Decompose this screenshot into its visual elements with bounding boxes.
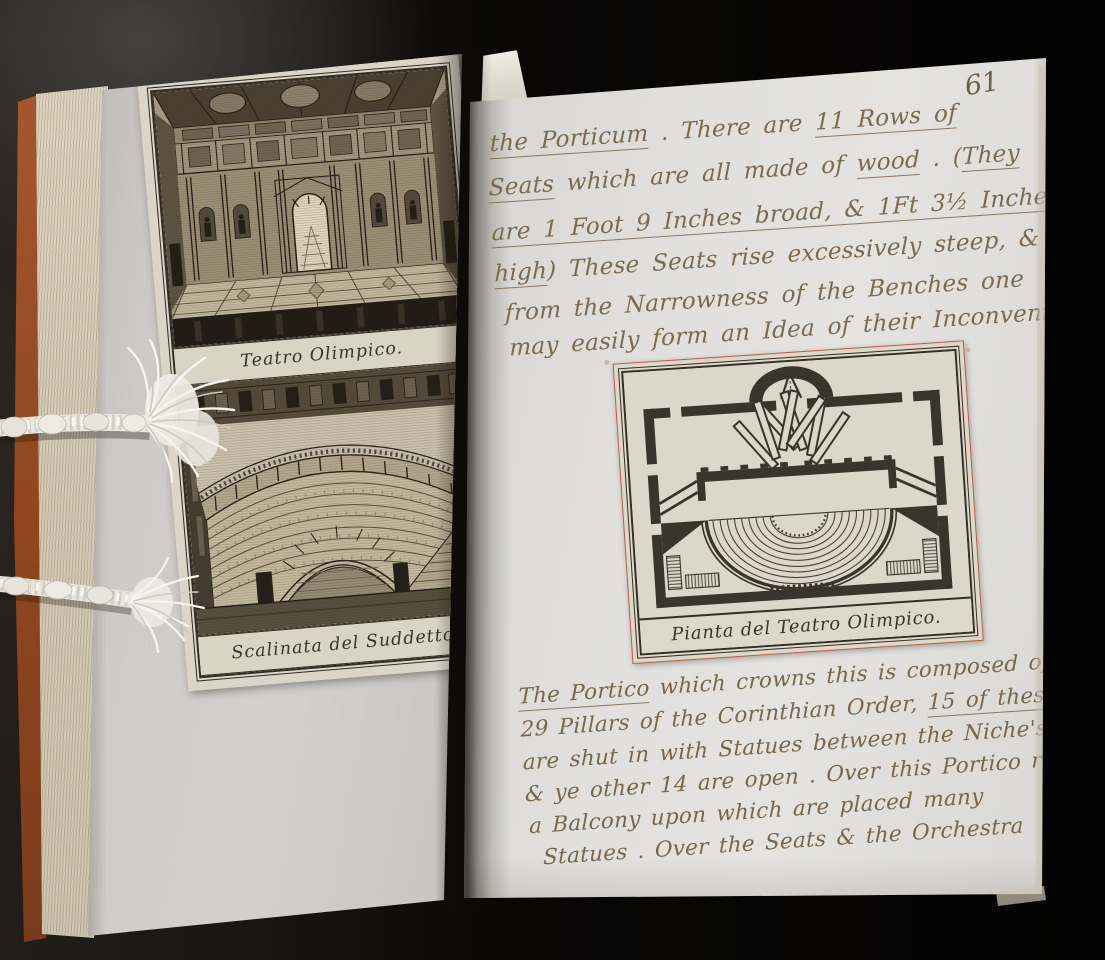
right-page-content: 61 the Porticum . There are 11 Rows of S… <box>478 50 1100 886</box>
text-segment: 11 Rows of <box>815 100 957 137</box>
pasted-plan-print: Pianta del Teatro Olimpico. <box>613 340 984 663</box>
text-segment: wood <box>857 147 920 179</box>
photograph-of-open-book: Teatro Olimpico. <box>0 0 1105 960</box>
text-segment: . There are <box>648 110 815 147</box>
lower-cord-tassel <box>130 558 204 652</box>
ink-stain <box>966 348 970 352</box>
right-page: 61 the Porticum . There are 11 Rows of S… <box>464 54 1056 908</box>
plan-frame: Pianta del Teatro Olimpico. <box>621 349 975 655</box>
upper-tie-cord <box>0 340 234 482</box>
ink-stain <box>604 360 609 365</box>
book-tie-cords <box>0 318 270 668</box>
right-page-edge-sliver <box>1036 60 1048 898</box>
text-segment: . ( <box>920 144 962 173</box>
text-segment: They <box>962 140 1020 172</box>
text-segment: The Portico <box>518 676 649 712</box>
teatro-olimpico-plan-image <box>623 351 971 618</box>
text-segment: which are all made of <box>554 151 857 197</box>
lower-tie-cord <box>0 558 204 652</box>
text-segment: high <box>494 258 547 290</box>
text-segment: the Porticum <box>490 121 649 160</box>
theatre-interior-image <box>153 69 465 348</box>
page-number: 61 <box>962 66 1001 102</box>
upper-cord-tassel <box>128 340 234 482</box>
text-segment: Seats <box>489 171 555 203</box>
teatro-olimpico-interior-engraving <box>152 68 466 349</box>
